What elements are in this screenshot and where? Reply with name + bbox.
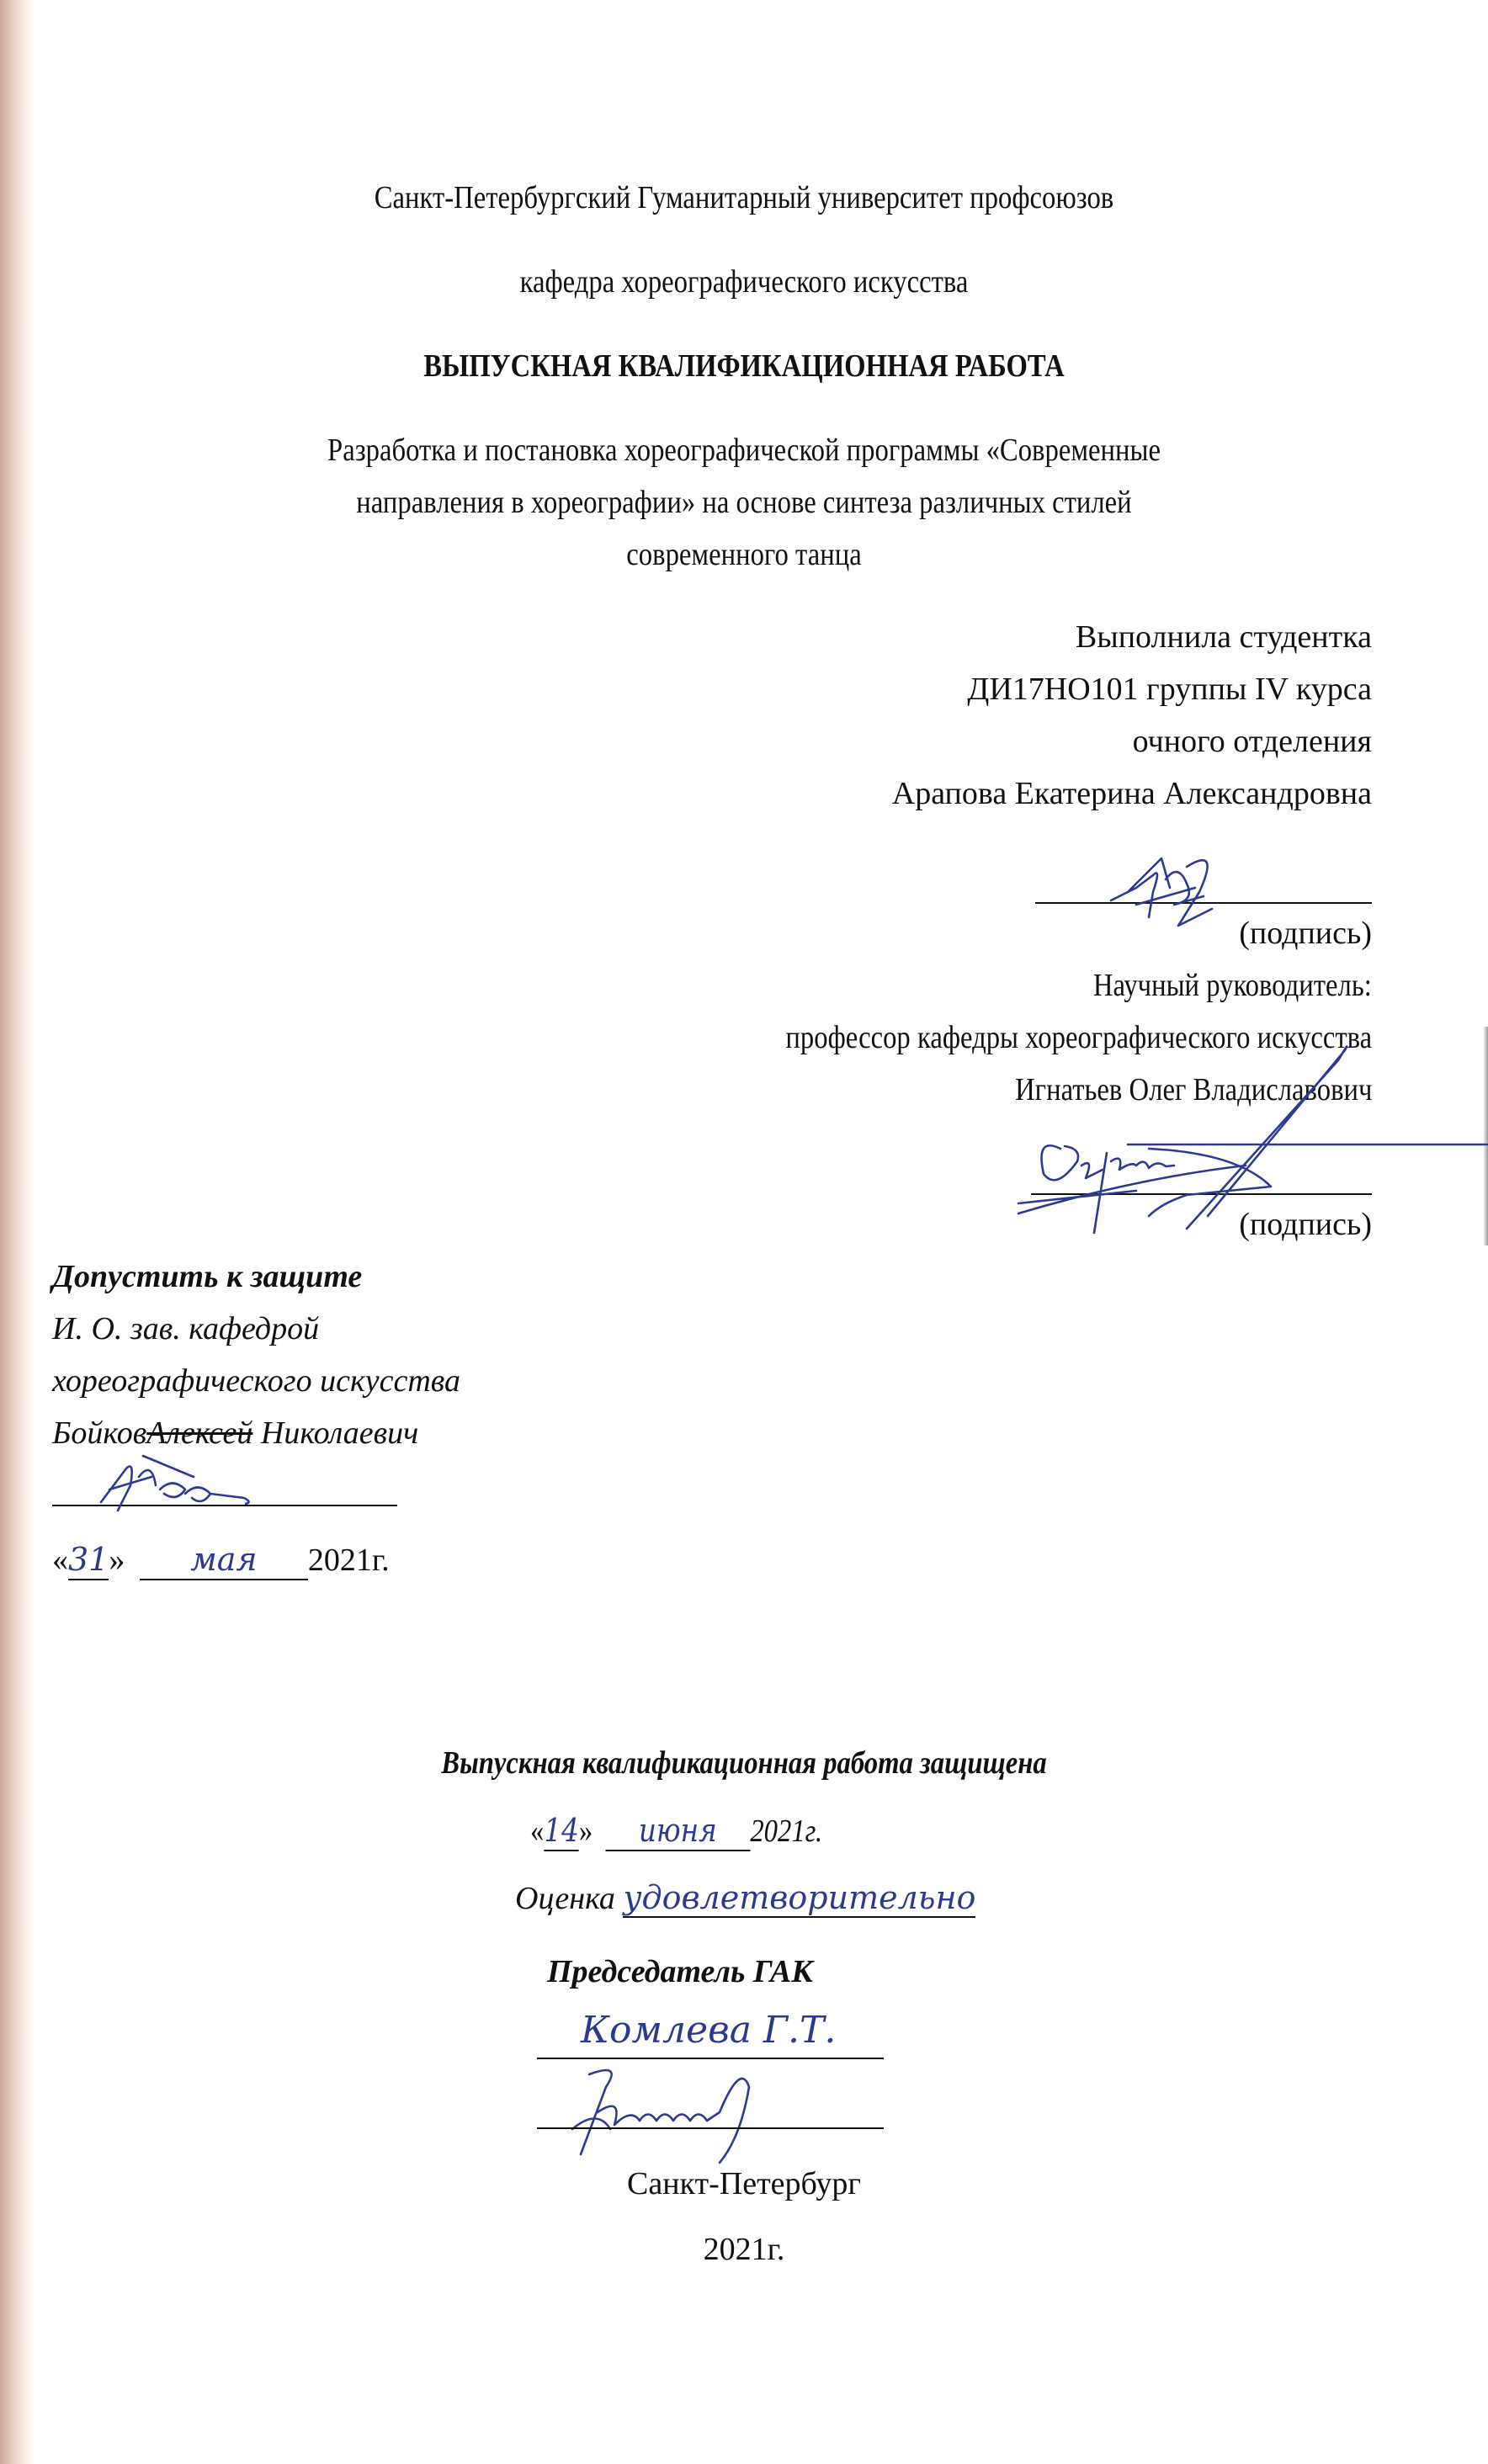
defense-date-open-quote: « — [530, 1813, 544, 1849]
supervisor-signature-caption: (подпись) — [1239, 1205, 1372, 1244]
defense-chair-signature-line — [537, 2127, 884, 2129]
student-form: очного отделения — [1133, 722, 1372, 761]
defense-date-year: 2021г. — [750, 1813, 822, 1849]
student-label: Выполнила студентка — [1076, 618, 1372, 656]
defense-title: Выпускная квалификационная работа защище… — [104, 1744, 1384, 1782]
admission-date-year: 2021г. — [308, 1543, 390, 1578]
year: 2021г. — [0, 2230, 1488, 2269]
student-group: ДИ17НО101 группы IV курса — [967, 670, 1372, 709]
admission-signature-icon — [93, 1452, 261, 1519]
page-left-edge-shadow — [0, 0, 34, 2464]
thesis-title-line-2: направления в хореографии» на основе син… — [104, 483, 1384, 522]
defense-chair-name-line — [537, 2058, 884, 2059]
defense-date-month: июня — [605, 1811, 750, 1851]
admission-date-close-quote: » — [109, 1543, 125, 1578]
defense-chair-signature-icon — [572, 2062, 825, 2171]
city: Санкт-Петербург — [0, 2164, 1488, 2203]
defense-chair-label: Председатель ГАК — [547, 1952, 813, 1991]
admission-title: Допустить к защите — [52, 1257, 362, 1296]
document-type-title: ВЫПУСКНАЯ КВАЛИФИКАЦИОННАЯ РАБОТА — [104, 347, 1384, 385]
admission-head-patronymic: Николаевич — [252, 1415, 418, 1451]
student-name: Арапова Екатерина Александровна — [892, 774, 1372, 813]
thesis-title-line-1: Разработка и постановка хореографической… — [104, 431, 1384, 470]
supervisor-label: Научный руководитель: — [1093, 966, 1372, 1005]
supervisor-signature-icon — [968, 1035, 1488, 1237]
admission-head-surname: Бойков — [52, 1415, 146, 1451]
department-name: кафедра хореографического искусства — [104, 263, 1384, 301]
admission-date-day: 31 — [68, 1540, 109, 1580]
admission-position-line-2: хореографического искусства — [52, 1362, 460, 1400]
admission-head-name: БойковАлексей Николаевич — [52, 1414, 418, 1452]
admission-date-month: мая — [140, 1540, 308, 1580]
defense-date: «14» июня2021г. — [530, 1811, 822, 1851]
student-signature-icon — [1103, 842, 1237, 934]
admission-position-line-1: И. О. зав. кафедрой — [52, 1309, 319, 1348]
defense-date-close-quote: » — [579, 1813, 593, 1849]
admission-date: «31» мая2021г. — [52, 1540, 390, 1580]
thesis-title-line-3: современного танца — [104, 535, 1384, 574]
defense-grade: Оценка удовлетворительно — [515, 1878, 975, 1918]
defense-date-day: 14 — [544, 1811, 579, 1851]
student-signature-caption: (подпись) — [1239, 914, 1372, 953]
defense-chair-name-handwritten: Комлева Г.Т. — [581, 2010, 836, 2052]
admission-date-open-quote: « — [52, 1543, 68, 1578]
admission-head-firstname-struck: Алексей — [146, 1415, 252, 1451]
university-name: Санкт-Петербургский Гуманитарный универс… — [104, 178, 1384, 217]
defense-grade-label: Оценка — [515, 1881, 615, 1916]
defense-grade-value: удовлетворительно — [623, 1879, 975, 1918]
